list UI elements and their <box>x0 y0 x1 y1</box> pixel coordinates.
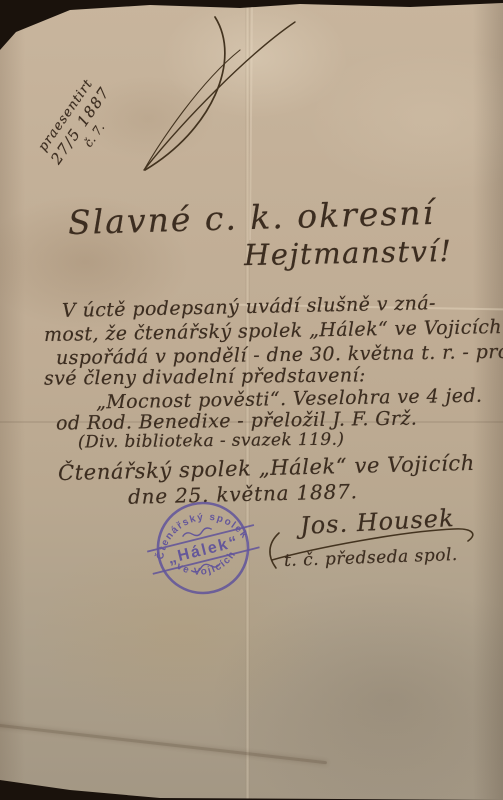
registry-paraph-flourish <box>90 12 320 182</box>
body-line: své členy divadelní představení: <box>44 364 366 389</box>
salutation-line-2: Hejtmanství! <box>244 234 453 272</box>
body-line-library-note: (Div. biblioteka - svazek 119.) <box>78 430 345 453</box>
photo-background: praesentirt 27/5 1887 č. 7. Slavné c. k.… <box>0 0 503 800</box>
document-page: praesentirt 27/5 1887 č. 7. Slavné c. k.… <box>0 0 503 800</box>
diagonal-crease <box>0 723 327 764</box>
closing-society-line: Čtenářský spolek „Hálek“ ve Vojicích <box>58 451 475 485</box>
